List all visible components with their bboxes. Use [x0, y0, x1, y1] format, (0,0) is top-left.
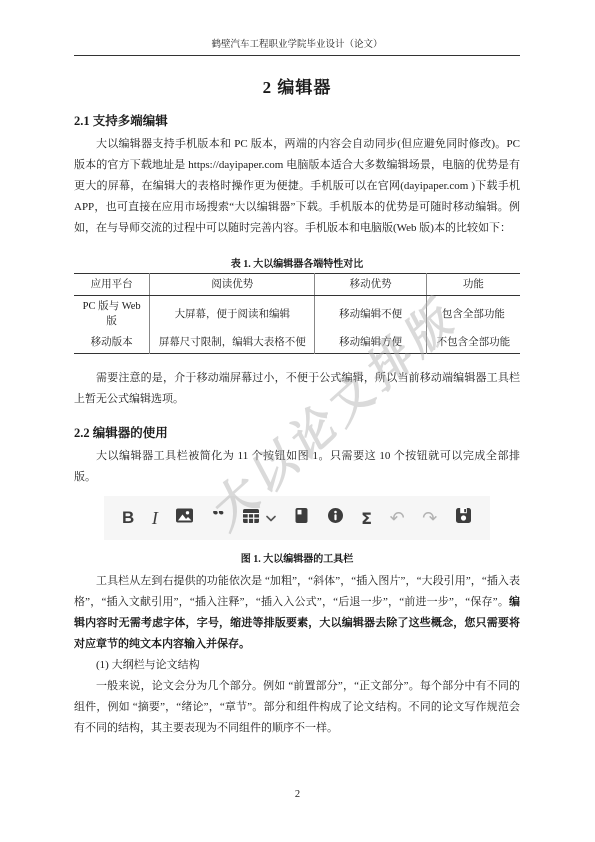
page-number: 2: [0, 789, 595, 800]
table-header-reading: 阅读优势: [150, 274, 315, 296]
table-header-row: 应用平台 阅读优势 移动优势 功能: [74, 274, 520, 296]
bold-icon: B: [122, 508, 134, 528]
table-cell: 移动版本: [74, 332, 150, 354]
undo-button[interactable]: ↶: [390, 506, 405, 530]
insert-citation-button[interactable]: [294, 506, 309, 530]
outline-list-item: (1) 大纲栏与论文结构: [74, 655, 520, 676]
table-cell: 包含全部功能: [426, 296, 520, 333]
table-header-mobility: 移动优势: [315, 274, 427, 296]
running-header: 鹤壁汽车工程职业学院毕业设计（论文）: [74, 36, 520, 56]
document-page: 大以论文排版 鹤壁汽车工程职业学院毕业设计（论文） 2 编辑器 2.1 支持多端…: [0, 0, 595, 842]
section-heading-2-2: 2.2 编辑器的使用: [74, 423, 520, 441]
blockquote-icon: “: [212, 511, 225, 525]
toolbar-functions-text: 工具栏从左到右提供的功能依次是 “加粗”，“斜体”，“插入图片”，“大段引用”，…: [74, 575, 520, 608]
table-header-platform: 应用平台: [74, 274, 150, 296]
section-heading-2-1: 2.1 支持多端编辑: [74, 111, 520, 129]
table-row: PC 版与 Web 版 大屏幕，便于阅读和编辑 移动编辑不便 包含全部功能: [74, 296, 520, 333]
italic-icon: I: [152, 508, 158, 529]
table-cell: 屏幕尺寸限制，编辑大表格不便: [150, 332, 315, 354]
table-cell: PC 版与 Web 版: [74, 296, 150, 333]
blockquote-button[interactable]: “: [212, 506, 225, 530]
paragraph-toolbar-functions: 工具栏从左到右提供的功能依次是 “加粗”，“斜体”，“插入图片”，“大段引用”，…: [74, 571, 520, 655]
image-icon: [175, 507, 194, 529]
paragraph-multi-device: 大以编辑器支持手机版本和 PC 版本，两端的内容会自动同步(但应避免同时修改)。…: [74, 134, 520, 239]
table-icon: [242, 508, 260, 529]
paragraph-formula-note: 需要注意的是，介于移动端屏幕过小，不便于公式编辑，所以当前移动端编辑器工具栏上暂…: [74, 368, 520, 410]
redo-button[interactable]: ↷: [422, 506, 437, 530]
bold-button[interactable]: B: [122, 506, 134, 530]
insert-image-button[interactable]: [175, 506, 194, 530]
table-cell: 不包含全部功能: [426, 332, 520, 354]
feature-comparison-table: 应用平台 阅读优势 移动优势 功能 PC 版与 Web 版 大屏幕，便于阅读和编…: [74, 273, 520, 354]
table-row: 移动版本 屏幕尺寸限制，编辑大表格不便 移动编辑方便 不包含全部功能: [74, 332, 520, 354]
italic-button[interactable]: I: [152, 506, 158, 530]
sigma-icon: Σ: [361, 509, 372, 528]
table-header-features: 功能: [426, 274, 520, 296]
insert-formula-button[interactable]: Σ: [361, 506, 372, 530]
paragraph-toolbar-intro: 大以编辑器工具栏被简化为 11 个按钮如图 1。只需要这 10 个按钮就可以完成…: [74, 446, 520, 488]
chapter-title: 2 编辑器: [74, 73, 520, 98]
table-caption: 表 1. 大以编辑器各端特性对比: [74, 255, 520, 270]
chevron-down-icon: [266, 509, 276, 527]
save-button[interactable]: [455, 506, 472, 530]
redo-icon: ↷: [422, 508, 437, 529]
table-cell: 移动编辑不便: [315, 296, 427, 333]
info-icon: [327, 507, 344, 529]
save-icon: [455, 507, 472, 529]
insert-note-button[interactable]: [327, 506, 344, 530]
table-cell: 移动编辑方便: [315, 332, 427, 354]
figure-caption: 图 1. 大以编辑器的工具栏: [74, 550, 520, 565]
undo-icon: ↶: [390, 508, 405, 529]
paragraph-paper-structure: 一般来说，论文会分为几个部分。例如 “前置部分”，“正文部分”。每个部分中有不同…: [74, 676, 520, 739]
table-cell: 大屏幕，便于阅读和编辑: [150, 296, 315, 333]
book-icon: [294, 507, 309, 529]
editor-toolbar-screenshot: B I “: [104, 496, 490, 540]
insert-table-button[interactable]: [242, 506, 276, 530]
